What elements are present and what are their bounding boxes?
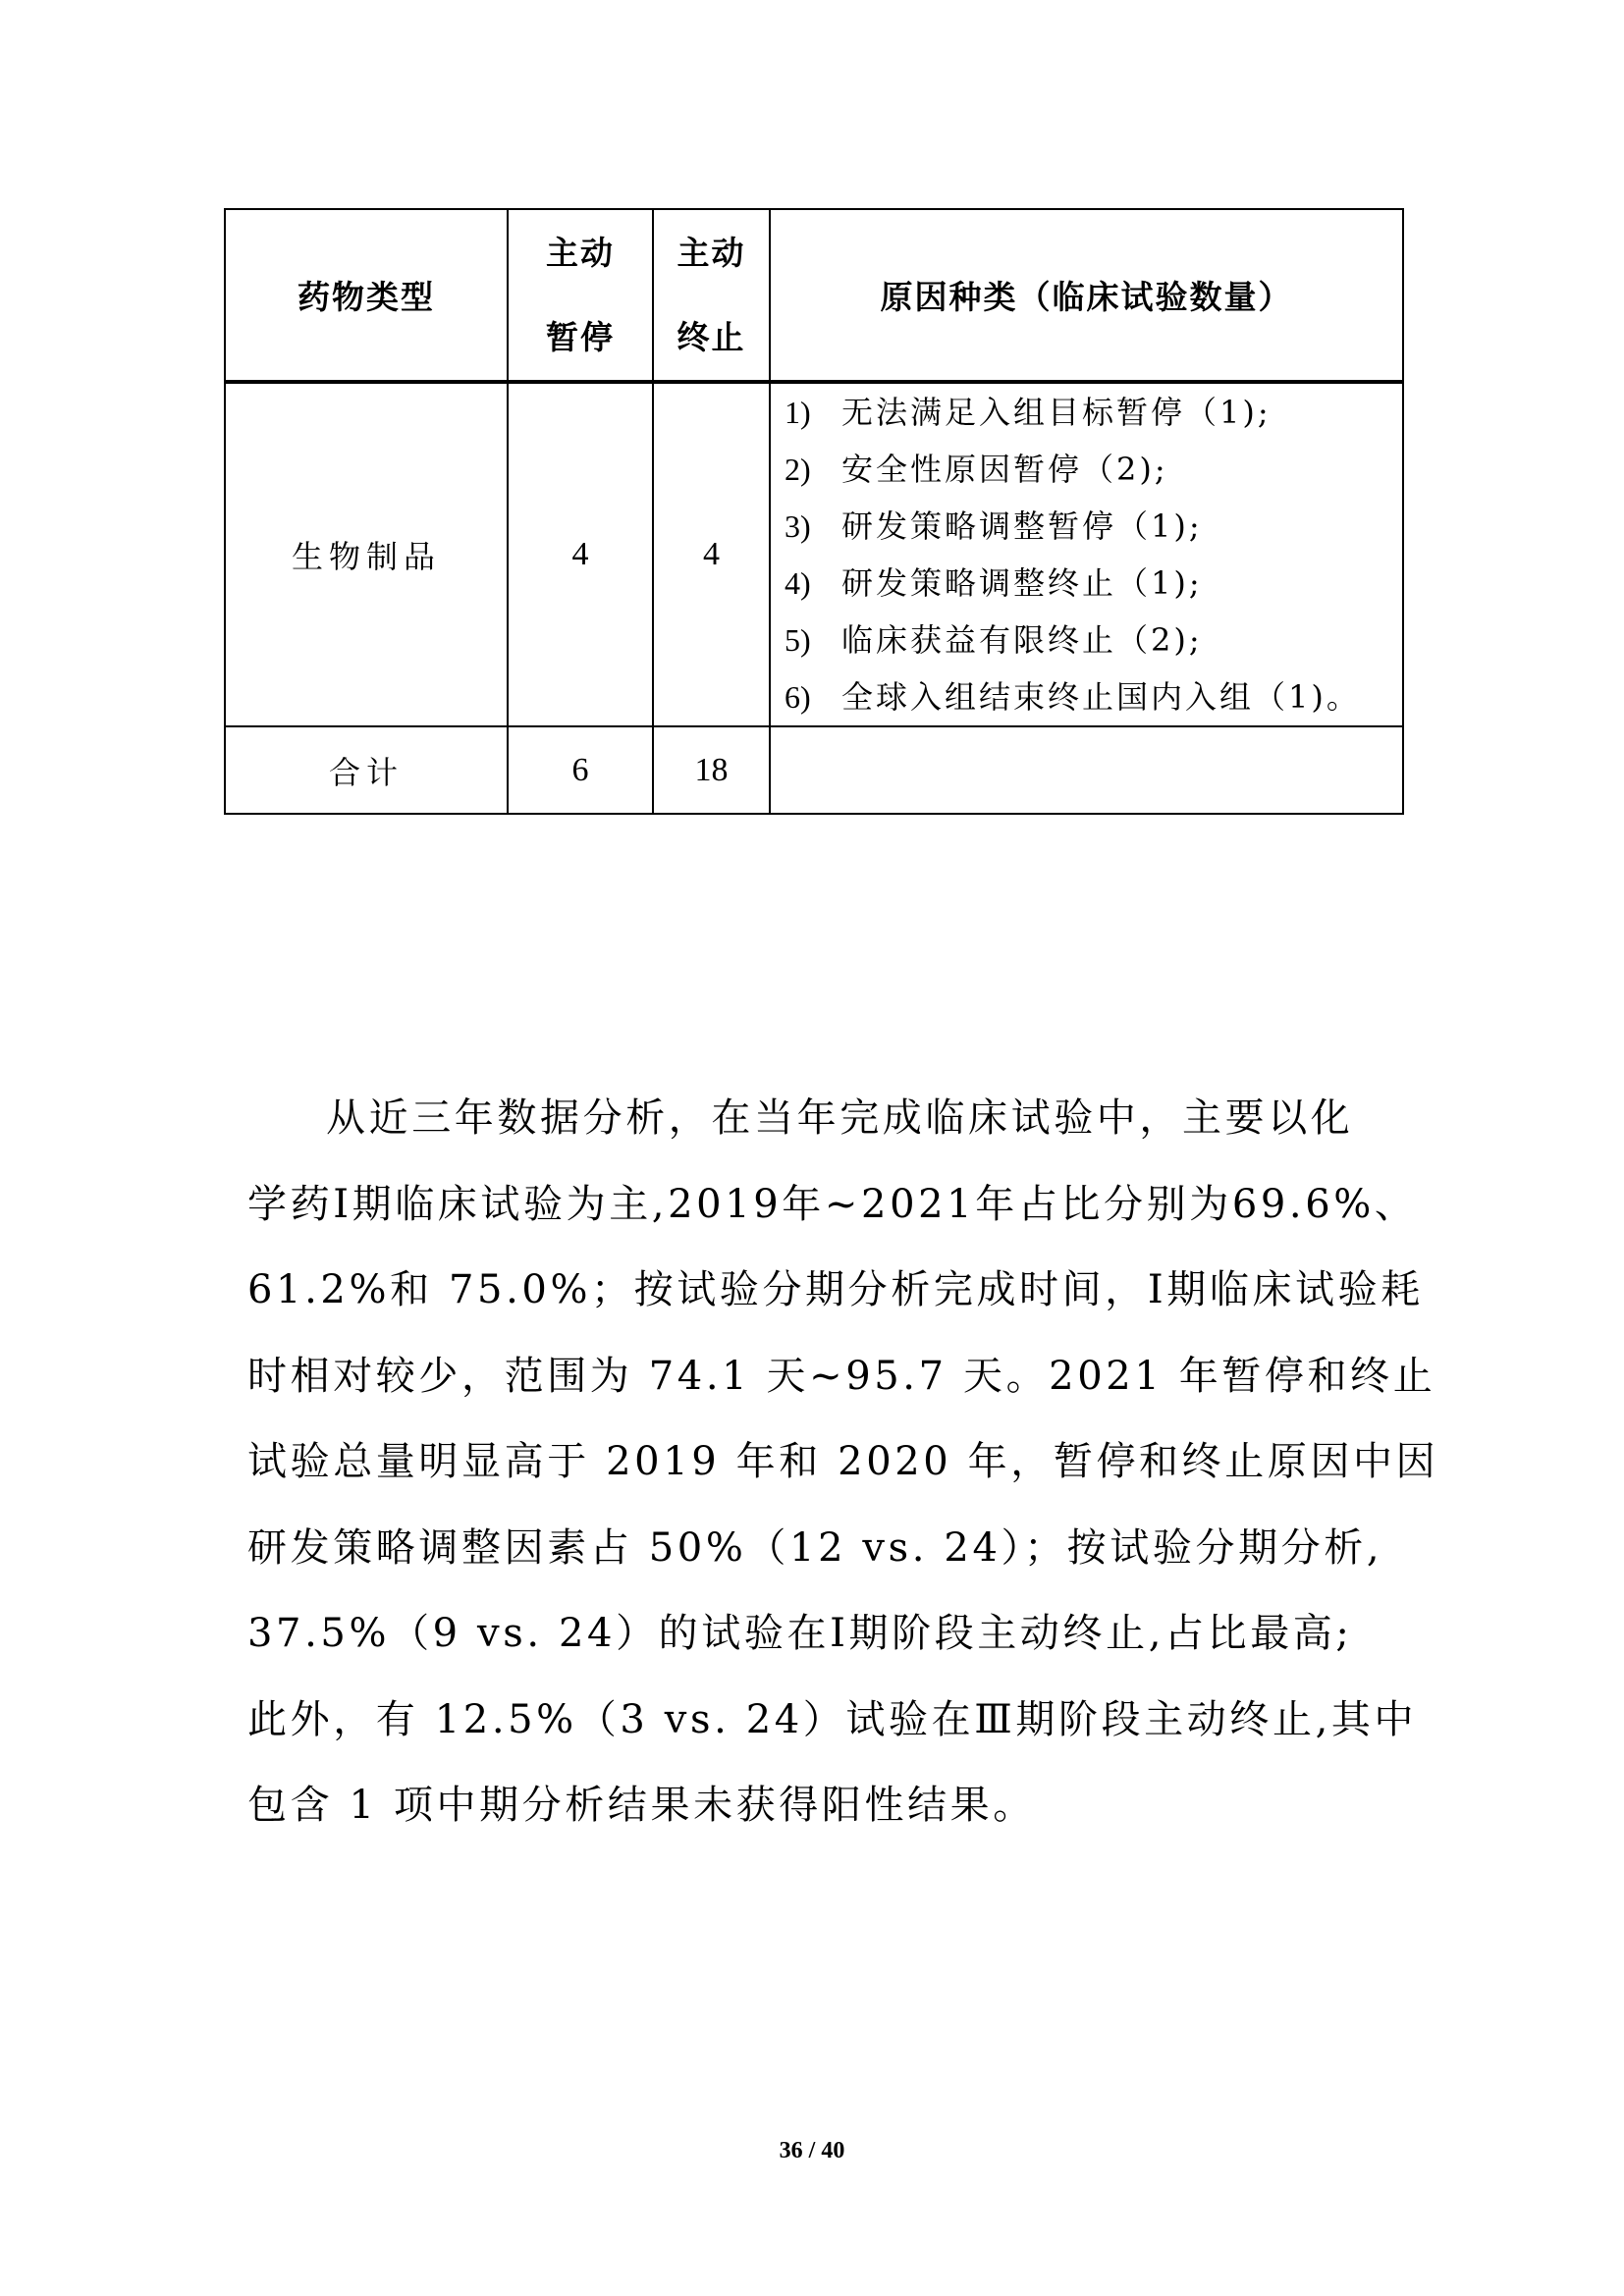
list-item: 5)临床获益有限终止（2); (785, 612, 1402, 668)
document-page: 药物类型 主动 暂停 主动 终止 原因种类（临床试验数量） (0, 0, 1624, 2296)
cell-total-terminated: 18 (653, 726, 770, 814)
cell-terminated-count: 4 (653, 382, 770, 726)
list-item: 3)研发策略调整暂停（1); (785, 498, 1402, 555)
table-row: 生物制品 4 4 1)无法满足入组目标暂停（1); 2)安全性原因暂停（2); … (225, 382, 1403, 726)
table-total-row: 合计 6 18 (225, 726, 1403, 814)
paragraph-line: 此外，有 12.5%（3 vs. 24）试验在Ⅲ期阶段主动终止,其中 (247, 1678, 1396, 1764)
page-number: 36 / 40 (0, 2138, 1624, 2164)
paragraph-line: 37.5%（9 vs. 24）的试验在Ⅰ期阶段主动终止,占比最高; (247, 1591, 1396, 1678)
header-active-termination: 主动 终止 (653, 209, 770, 382)
header-active-pause: 主动 暂停 (508, 209, 653, 382)
analysis-paragraph: 从近三年数据分析，在当年完成临床试验中，主要以化 学药Ⅰ期临床试验为主,2019… (247, 1076, 1396, 1849)
cell-drug-type: 生物制品 (225, 382, 508, 726)
paragraph-line: 包含 1 项中期分析结果未获得阳性结果。 (247, 1763, 1396, 1849)
list-item: 6)全球入组结束终止国内入组（1)。 (785, 668, 1402, 725)
list-item: 2)安全性原因暂停（2); (785, 441, 1402, 498)
cell-total-paused: 6 (508, 726, 653, 814)
cell-total-label: 合计 (225, 726, 508, 814)
paragraph-line: 61.2%和 75.0%；按试验分期分析完成时间，Ⅰ期临床试验耗 (247, 1248, 1396, 1334)
cell-reasons: 1)无法满足入组目标暂停（1); 2)安全性原因暂停（2); 3)研发策略调整暂… (770, 382, 1403, 726)
cell-paused-count: 4 (508, 382, 653, 726)
header-drug-type: 药物类型 (225, 209, 508, 382)
cell-total-reasons (770, 726, 1403, 814)
table-header-row: 药物类型 主动 暂停 主动 终止 原因种类（临床试验数量） (225, 209, 1403, 382)
paragraph-line: 学药Ⅰ期临床试验为主,2019年~2021年占比分别为69.6%、 (247, 1162, 1396, 1249)
paragraph-line: 研发策略调整因素占 50%（12 vs. 24）；按试验分期分析, (247, 1506, 1396, 1592)
reason-list: 1)无法满足入组目标暂停（1); 2)安全性原因暂停（2); 3)研发策略调整暂… (771, 384, 1402, 725)
paragraph-line: 从近三年数据分析，在当年完成临床试验中，主要以化 (247, 1076, 1396, 1162)
paragraph-line: 试验总量明显高于 2019 年和 2020 年，暂停和终止原因中因 (247, 1419, 1396, 1506)
list-item: 4)研发策略调整终止（1); (785, 555, 1402, 612)
termination-table: 药物类型 主动 暂停 主动 终止 原因种类（临床试验数量） (224, 208, 1404, 815)
paragraph-line: 时相对较少，范围为 74.1 天~95.7 天。2021 年暂停和终止 (247, 1334, 1396, 1420)
list-item: 1)无法满足入组目标暂停（1); (785, 384, 1402, 441)
header-reasons: 原因种类（临床试验数量） (770, 209, 1403, 382)
